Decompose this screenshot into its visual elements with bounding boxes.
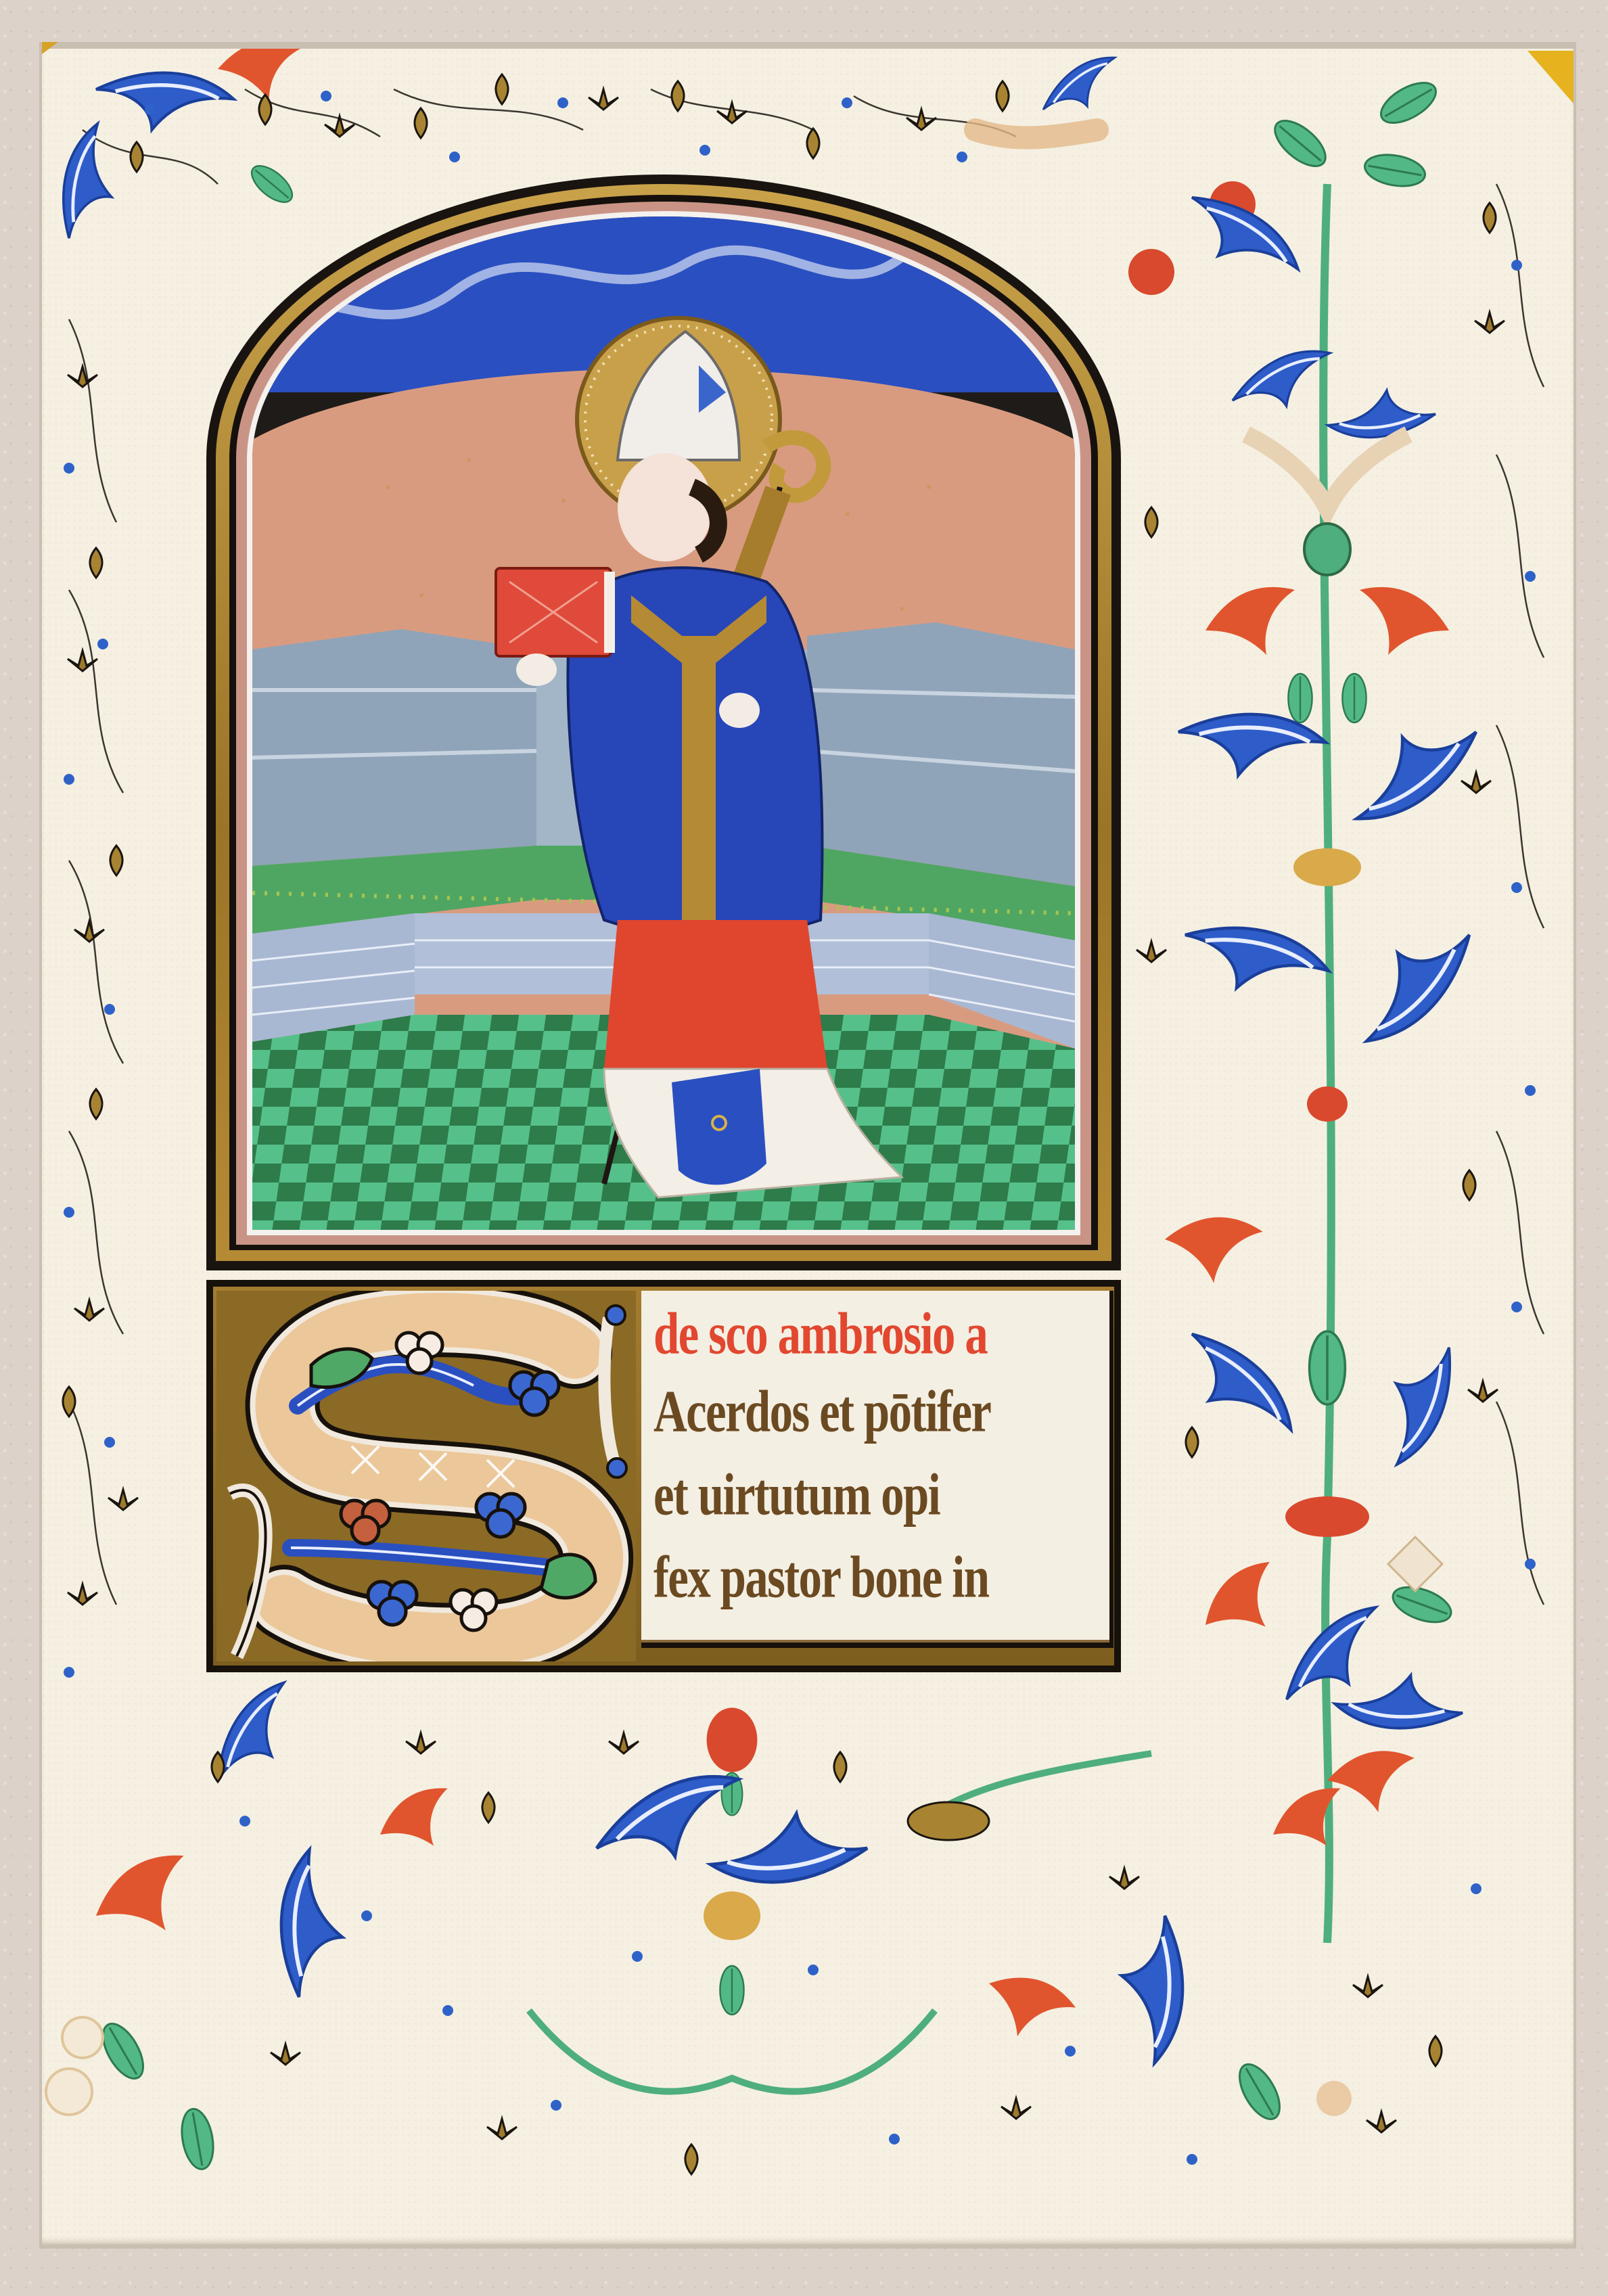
text-panel: de sco ambrosio a Acerdos et pōtifer et … bbox=[641, 1291, 1113, 1648]
text-line-2: et uirtutum opi bbox=[653, 1465, 940, 1525]
decorated-initial bbox=[216, 1291, 636, 1661]
miniature-frame bbox=[206, 175, 1121, 1270]
miniature-scene bbox=[252, 216, 1075, 1230]
initial-letter-s-ornament bbox=[216, 1291, 636, 1661]
text-line-3: fex pastor bone in bbox=[653, 1548, 988, 1607]
text-line-1: Acerdos et pōtifer bbox=[653, 1382, 990, 1442]
bishop-saint-painting bbox=[252, 216, 1075, 1230]
rubric-heading: de sco ambrosio a bbox=[653, 1304, 987, 1364]
